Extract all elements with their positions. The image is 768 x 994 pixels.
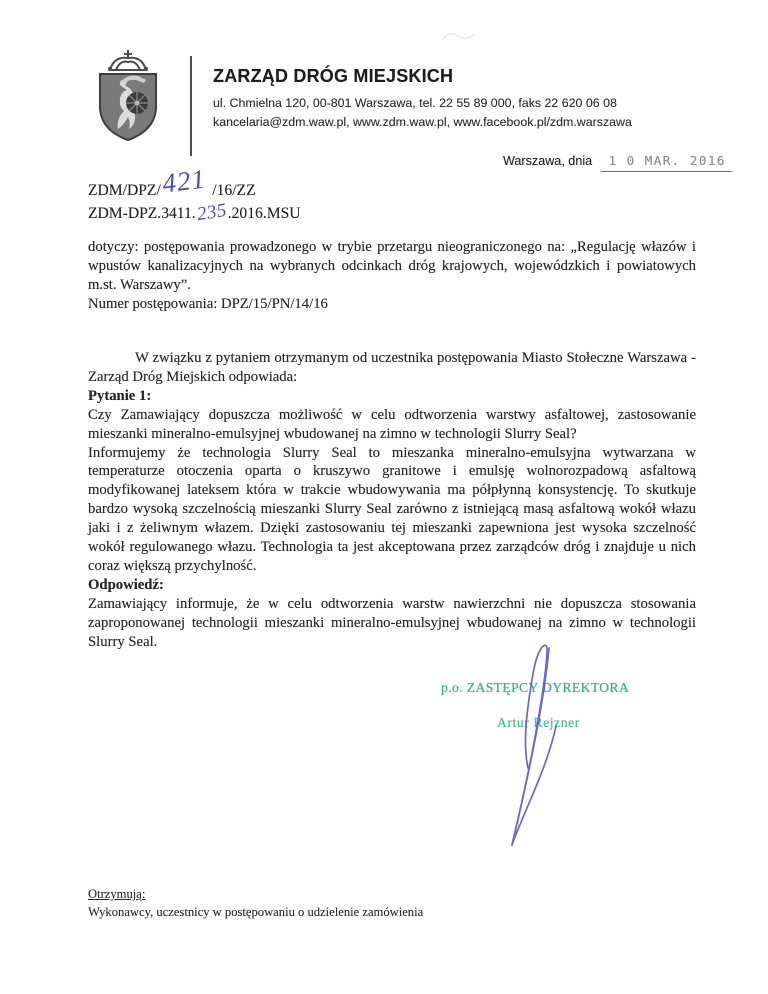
reference-line-1: ZDM/DPZ/421/16/ZZ (88, 176, 301, 202)
dateline: Warszawa, dnia 1 0 MAR. 2016 (503, 153, 732, 172)
letterhead: ZARZĄD DRÓG MIEJSKICH ul. Chmielna 120, … (213, 66, 693, 131)
handwritten-number-2: 235 (195, 199, 228, 225)
handwritten-number-1: 421 (161, 168, 207, 195)
signature-ink (488, 638, 584, 863)
reference-numbers: ZDM/DPZ/421/16/ZZ ZDM-DPZ.3411.235.2016.… (88, 176, 301, 224)
case-number: Numer postępowania: DPZ/15/PN/14/16 (88, 295, 696, 314)
question-info-paragraph: Informujemy że technologia Slurry Seal t… (88, 444, 696, 576)
scan-artifact-squiggle (438, 26, 478, 48)
intro-paragraph: W związku z pytaniem otrzymanym od uczes… (88, 349, 696, 387)
question-label: Pytanie 1: (88, 387, 696, 406)
answer-label: Odpowiedź: (88, 576, 696, 595)
recipients-block: Otrzymują: Wykonawcy, uczestnicy w postę… (88, 885, 423, 921)
header-divider (190, 56, 192, 156)
recipients-label: Otrzymują: (88, 885, 423, 903)
letter-body: W związku z pytaniem otrzymanym od uczes… (88, 349, 696, 652)
answer-paragraph: Zamawiający informuje, że w celu odtworz… (88, 595, 696, 652)
question-paragraph: Czy Zamawiający dopuszcza możliwość w ce… (88, 406, 696, 444)
dateline-prefix: Warszawa, dnia (503, 154, 592, 168)
subject-paragraph: dotyczy: postępowania prowadzonego w try… (88, 238, 696, 295)
subject-block: dotyczy: postępowania prowadzonego w try… (88, 238, 696, 314)
recipients-line: Wykonawcy, uczestnicy w postępowaniu o u… (88, 903, 423, 921)
org-address: ul. Chmielna 120, 00-801 Warszawa, tel. … (213, 94, 693, 113)
org-name: ZARZĄD DRÓG MIEJSKICH (213, 66, 693, 87)
reference-line-2: ZDM-DPZ.3411.235.2016.MSU (88, 202, 301, 225)
scanned-letter-page: ZARZĄD DRÓG MIEJSKICH ul. Chmielna 120, … (0, 0, 768, 994)
org-contact: kancelaria@zdm.waw.pl, www.zdm.waw.pl, w… (213, 113, 693, 132)
date-stamp: 1 0 MAR. 2016 (601, 153, 732, 172)
warsaw-crest-logo (92, 48, 164, 144)
